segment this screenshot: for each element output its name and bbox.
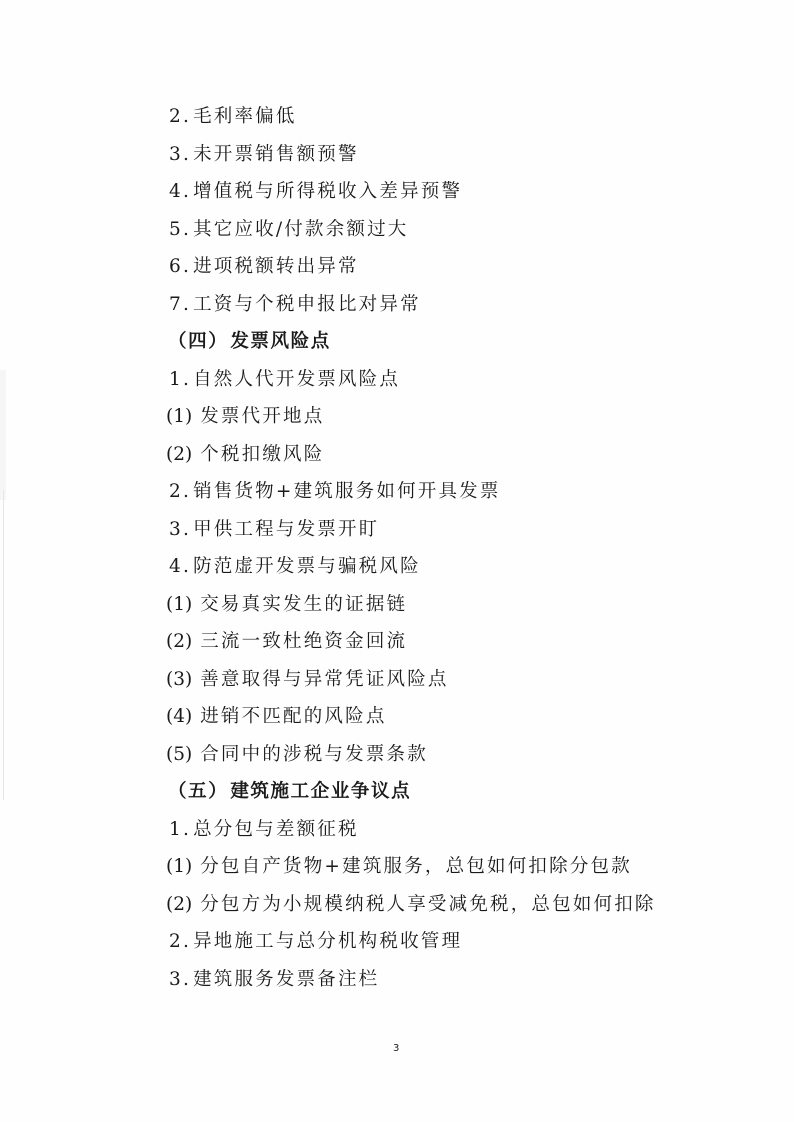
sub-list-item-text: 发票代开地点 [200,406,324,427]
sub-list-item: (1)交易真实发生的证据链 [166,586,726,624]
sub-list-item: (4)进销不匹配的风险点 [166,698,726,736]
list-marker: 4. [169,181,191,202]
list-item: 4.防范虚开发票与骗税风险 [166,548,726,586]
sub-list-marker: (2) [166,894,192,915]
list-marker: 6. [169,256,191,277]
list-item: 1.总分包与差额征税 [166,811,726,849]
section-title: 发票风险点 [230,331,331,352]
section-marker: （五） [168,781,228,802]
list-item: 3.未开票销售额预警 [166,136,726,174]
scan-edge-line [3,490,4,800]
sub-list-item: (1)发票代开地点 [166,398,726,436]
list-item-text: 自然人代开发票风险点 [193,369,400,390]
list-marker: 2. [169,481,191,502]
sub-list-item: (5)合同中的涉税与发票条款 [166,736,726,774]
list-marker: 2. [169,931,191,952]
sub-list-item: (2)个税扣缴风险 [166,436,726,474]
sub-list-marker: (5) [166,744,192,765]
list-item: 3.甲供工程与发票开盯 [166,511,726,549]
document-body: 2.毛利率偏低 3.未开票销售额预警 4.增值税与所得税收入差异预警 5.其它应… [166,98,726,998]
list-item-text: 销售货物+建筑服务如何开具发票 [193,481,501,502]
list-item: 2.销售货物+建筑服务如何开具发票 [166,473,726,511]
list-item: 5.其它应收/付款余额过大 [166,211,726,249]
sub-list-item-text: 善意取得与异常凭证风险点 [200,669,448,690]
sub-list-item-text: 三流一致杜绝资金回流 [200,631,407,652]
section-marker: （四） [168,331,228,352]
sub-list-item: (2)三流一致杜绝资金回流 [166,623,726,661]
sub-list-marker: (1) [166,594,192,615]
list-marker: 5. [169,219,191,240]
list-marker: 1. [169,819,191,840]
list-item-text: 甲供工程与发票开盯 [193,519,379,540]
list-item: 7.工资与个税申报比对异常 [166,286,726,324]
list-marker: 7. [169,294,191,315]
list-item-text: 建筑服务发票备注栏 [193,969,379,990]
sub-list-item-text: 个税扣缴风险 [200,444,324,465]
sub-list-marker: (1) [166,856,192,877]
sub-list-item-text: 合同中的涉税与发票条款 [200,744,428,765]
list-item-text: 总分包与差额征税 [193,819,359,840]
sub-list-item-text: 分包方为小规模纳税人享受减免税，总包如何扣除 [200,894,655,915]
sub-list-marker: (3) [166,669,192,690]
document-page: 2.毛利率偏低 3.未开票销售额预警 4.增值税与所得税收入差异预警 5.其它应… [0,0,794,1122]
list-marker: 2. [169,106,191,127]
list-item: 1.自然人代开发票风险点 [166,361,726,399]
sub-list-marker: (1) [166,406,192,427]
list-item-text: 其它应收/付款余额过大 [193,219,408,240]
list-marker: 4. [169,556,191,577]
list-item: 6.进项税额转出异常 [166,248,726,286]
list-item-text: 进项税额转出异常 [193,256,359,277]
list-item-text: 增值税与所得税收入差异预警 [193,181,462,202]
list-marker: 3. [169,144,191,165]
sub-list-item-text: 进销不匹配的风险点 [200,706,386,727]
list-item-text: 未开票销售额预警 [193,144,359,165]
section-heading: （四）发票风险点 [166,323,726,361]
list-marker: 3. [169,519,191,540]
section-title: 建筑施工企业争议点 [230,781,411,802]
sub-list-item: (1)分包自产货物+建筑服务，总包如何扣除分包款 [166,848,726,886]
sub-list-marker: (2) [166,631,192,652]
sub-list-item: (3)善意取得与异常凭证风险点 [166,661,726,699]
scan-edge-shadow [0,370,6,500]
sub-list-item: (2)分包方为小规模纳税人享受减免税，总包如何扣除 [166,886,726,924]
list-item: 4.增值税与所得税收入差异预警 [166,173,726,211]
sub-list-marker: (2) [166,444,192,465]
page-number: 3 [393,1043,399,1054]
list-marker: 3. [169,969,191,990]
sub-list-item-text: 交易真实发生的证据链 [200,594,407,615]
list-item-text: 工资与个税申报比对异常 [193,294,421,315]
list-item: 3.建筑服务发票备注栏 [166,961,726,999]
list-item-text: 异地施工与总分机构税收管理 [193,931,462,952]
list-item: 2.异地施工与总分机构税收管理 [166,923,726,961]
sub-list-item-text: 分包自产货物+建筑服务，总包如何扣除分包款 [200,856,632,877]
list-item-text: 毛利率偏低 [193,106,297,127]
section-heading: （五）建筑施工企业争议点 [166,773,726,811]
list-marker: 1. [169,369,191,390]
list-item-text: 防范虚开发票与骗税风险 [193,556,421,577]
sub-list-marker: (4) [166,706,192,727]
list-item: 2.毛利率偏低 [166,98,726,136]
